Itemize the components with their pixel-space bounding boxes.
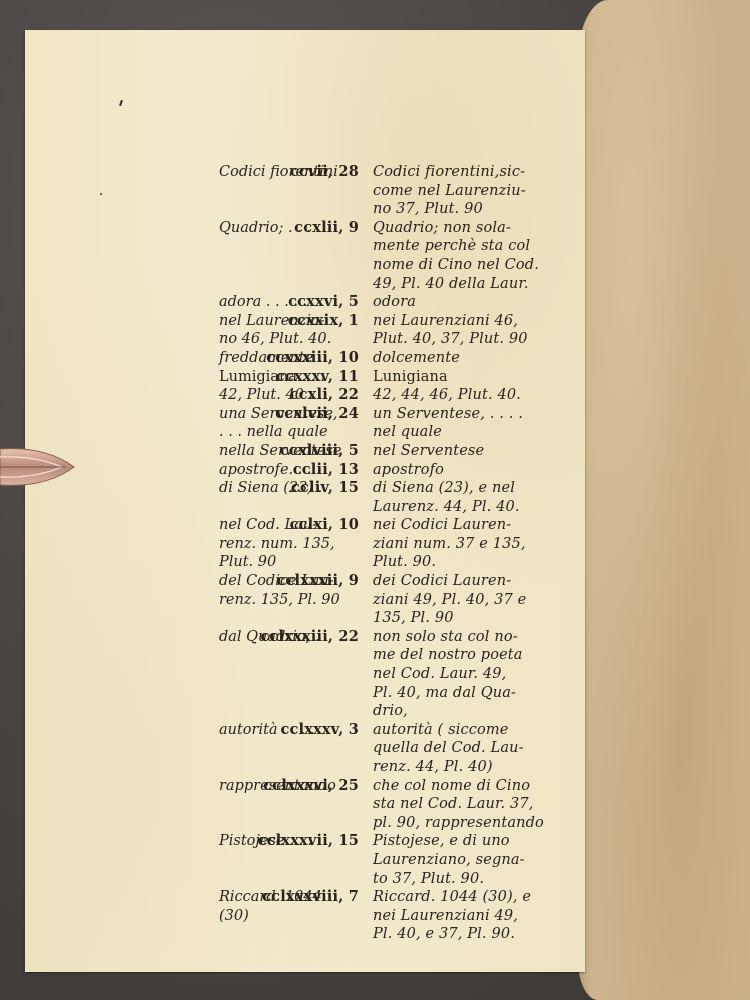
- errata-line: ccxxix, 1nel Laurenzia-nei Laurenziani 4…: [25, 312, 585, 331]
- errata-row: ccxlviii, 5nella Serventesenel Serventes…: [25, 442, 585, 461]
- errata-corrected-reading: nei Laurenziani 49,: [373, 907, 563, 926]
- errata-corrected-reading: ziani num. 37 e 135,: [373, 535, 563, 554]
- errata-corrected-reading: Laurenziano, segna-: [373, 851, 563, 870]
- errata-printed-reading: renz. 135, Pl. 90: [219, 591, 369, 610]
- errata-row: ccxxvi, 5adora . . . . .odora: [25, 293, 585, 312]
- errata-line: ccxxxiii, 10freddamente .dolcemente: [25, 349, 585, 368]
- errata-printed-reading: 42, Plut. 40 . .: [219, 386, 369, 405]
- errata-printed-reading: Plut. 90: [219, 553, 369, 572]
- errata-corrected-reading: mente perchè sta col: [373, 237, 563, 256]
- errata-corrected-reading: renz. 44, Pl. 40): [373, 758, 563, 777]
- errata-row: ccxxix, 1nel Laurenzia-nei Laurenziani 4…: [25, 312, 585, 349]
- errata-line: come nel Laurenziu-: [25, 182, 585, 201]
- errata-line: pl. 90, rappresentando: [25, 814, 585, 833]
- errata-line: 135, Pl. 90: [25, 609, 585, 628]
- errata-printed-reading: nella Serventese: [219, 442, 369, 461]
- errata-line: cclxxxvi, 25rappresentandoche col nome d…: [25, 777, 585, 796]
- errata-corrected-reading: Laurenz. 44, Pl. 40.: [373, 498, 563, 517]
- errata-corrected-reading: 42, 44, 46, Plut. 40.: [373, 386, 563, 405]
- errata-corrected-reading: 49, Pl. 40 della Laur.: [373, 275, 563, 294]
- errata-line: Pl. 40, ma dal Qua-: [25, 684, 585, 703]
- errata-line: nome di Cino nel Cod.: [25, 256, 585, 275]
- errata-corrected-reading: Plut. 90.: [373, 553, 563, 572]
- errata-corrected-reading: Quadrio; non sola-: [373, 219, 563, 238]
- errata-row: cclxxxvii, 15Pistojese . . . .Pistojese,…: [25, 832, 585, 888]
- errata-line: cclxxxiii, 22dal Quadrio, .non solo sta …: [25, 628, 585, 647]
- errata-printed-reading: no 46, Plut. 40.: [219, 330, 369, 349]
- errata-line: mente perchè sta col: [25, 237, 585, 256]
- errata-corrected-reading: pl. 90, rappresentando: [373, 814, 563, 833]
- errata-corrected-reading: ziani 49, Pl. 40, 37 e: [373, 591, 563, 610]
- errata-line: drio,: [25, 702, 585, 721]
- errata-line: ccxli, 2242, Plut. 40 . .42, 44, 46, Plu…: [25, 386, 585, 405]
- errata-line: ccxlvii, 24una Serventese,un Serventese,…: [25, 405, 585, 424]
- errata-corrected-reading: Pistojese, e di uno: [373, 832, 563, 851]
- errata-line: cclxxxii, 9del Codice Lau-dei Codici Lau…: [25, 572, 585, 591]
- errata-corrected-reading: nel Cod. Laur. 49,: [373, 665, 563, 684]
- errata-row: cclii, 13apostrofe. . . .apostrofo: [25, 461, 585, 480]
- errata-printed-reading: nel Laurenzia-: [219, 312, 369, 331]
- errata-row: cclxxxiii, 22dal Quadrio, .non solo sta …: [25, 628, 585, 721]
- errata-printed-reading: dal Quadrio, .: [219, 628, 369, 647]
- errata-row: ccxli, 2242, Plut. 40 . .42, 44, 46, Plu…: [25, 386, 585, 405]
- errata-line: ccxxxv, 11Lumigiana . . .Lunigiana: [25, 368, 585, 387]
- errata-line: Pl. 40, e 37, Pl. 90.: [25, 925, 585, 944]
- errata-line: quella del Cod. Lau-: [25, 739, 585, 758]
- errata-line: nel Cod. Laur. 49,: [25, 665, 585, 684]
- errata-printed-reading: renz. num. 135,: [219, 535, 369, 554]
- errata-row: ccxxxiii, 10freddamente .dolcemente: [25, 349, 585, 368]
- errata-printed-reading: Pistojese . . . .: [219, 832, 369, 851]
- errata-row: cclxxxv, 3autorità . . . .autorità ( sic…: [25, 721, 585, 777]
- errata-corrected-reading: che col nome di Cino: [373, 777, 563, 796]
- errata-printed-reading: nel Cod. Lau-: [219, 516, 369, 535]
- errata-corrected-reading: nel Serventese: [373, 442, 563, 461]
- ink-mark: [119, 100, 123, 106]
- errata-printed-reading: rappresentando: [219, 777, 369, 796]
- errata-corrected-reading: sta nel Cod. Laur. 37,: [373, 795, 563, 814]
- errata-corrected-reading: nome di Cino nel Cod.: [373, 256, 563, 275]
- errata-printed-reading: adora . . . . .: [219, 293, 369, 312]
- book-page: ccvii, 28Codici fiorentiniCodici fiorent…: [25, 30, 585, 972]
- errata-line: ccliv, 15di Siena (23) .di Siena (23), e…: [25, 479, 585, 498]
- errata-line: cclxxxviii, 7Riccard. 1044Riccard. 1044 …: [25, 888, 585, 907]
- errata-corrected-reading: dei Codici Lauren-: [373, 572, 563, 591]
- errata-corrected-reading: come nel Laurenziu-: [373, 182, 563, 201]
- errata-line: cclxxxvii, 15Pistojese . . . .Pistojese,…: [25, 832, 585, 851]
- errata-corrected-reading: no 37, Plut. 90: [373, 200, 563, 219]
- errata-line: 49, Pl. 40 della Laur.: [25, 275, 585, 294]
- errata-printed-reading: apostrofe. . . .: [219, 461, 369, 480]
- errata-line: renz. num. 135,ziani num. 37 e 135,: [25, 535, 585, 554]
- page-clip-icon: [0, 443, 78, 493]
- errata-printed-reading: del Codice Lau-: [219, 572, 369, 591]
- errata-line: me del nostro poeta: [25, 646, 585, 665]
- errata-corrected-reading: me del nostro poeta: [373, 646, 563, 665]
- errata-corrected-reading: Riccard. 1044 (30), e: [373, 888, 563, 907]
- errata-printed-reading: . . . nella quale: [219, 423, 369, 442]
- errata-line: Laurenziano, segna-: [25, 851, 585, 870]
- errata-line: cclxxxv, 3autorità . . . .autorità ( sic…: [25, 721, 585, 740]
- errata-corrected-reading: nel quale: [373, 423, 563, 442]
- errata-corrected-reading: di Siena (23), e nel: [373, 479, 563, 498]
- errata-row: ccxlii, 9Quadrio; . . .Quadrio; non sola…: [25, 219, 585, 293]
- errata-corrected-reading: odora: [373, 293, 563, 312]
- errata-line: sta nel Cod. Laur. 37,: [25, 795, 585, 814]
- errata-row: ccvii, 28Codici fiorentiniCodici fiorent…: [25, 163, 585, 219]
- errata-line: renz. 44, Pl. 40): [25, 758, 585, 777]
- errata-row: ccxlvii, 24una Serventese,un Serventese,…: [25, 405, 585, 442]
- errata-corrected-reading: Codici fiorentini,sic-: [373, 163, 563, 182]
- errata-corrected-reading: Plut. 40, 37, Plut. 90: [373, 330, 563, 349]
- errata-corrected-reading: un Serventese, . . . .: [373, 405, 563, 424]
- facing-page: [578, 0, 750, 1000]
- errata-line: renz. 135, Pl. 90ziani 49, Pl. 40, 37 e: [25, 591, 585, 610]
- errata-corrected-reading: apostrofo: [373, 461, 563, 480]
- errata-printed-reading: freddamente .: [219, 349, 369, 368]
- errata-row: ccxxxv, 11Lumigiana . . .Lunigiana: [25, 368, 585, 387]
- errata-row: cclxxxviii, 7Riccard. 1044Riccard. 1044 …: [25, 888, 585, 944]
- errata-row: cclxxxii, 9del Codice Lau-dei Codici Lau…: [25, 572, 585, 628]
- errata-printed-reading: Lumigiana . . .: [219, 368, 369, 387]
- errata-row: cclxxxvi, 25rappresentandoche col nome d…: [25, 777, 585, 833]
- errata-line: to 37, Plut. 90.: [25, 870, 585, 889]
- errata-row: cclxi, 10nel Cod. Lau-nei Codici Lauren-…: [25, 516, 585, 572]
- errata-printed-reading: Riccard. 1044: [219, 888, 369, 907]
- errata-corrected-reading: nei Codici Lauren-: [373, 516, 563, 535]
- errata-row: ccliv, 15di Siena (23) .di Siena (23), e…: [25, 479, 585, 516]
- errata-corrected-reading: quella del Cod. Lau-: [373, 739, 563, 758]
- errata-printed-reading: Codici fiorentini: [219, 163, 369, 182]
- errata-printed-reading: di Siena (23) .: [219, 479, 369, 498]
- errata-line: ccxxvi, 5adora . . . . .odora: [25, 293, 585, 312]
- errata-line: ccvii, 28Codici fiorentiniCodici fiorent…: [25, 163, 585, 182]
- errata-line: no 46, Plut. 40.Plut. 40, 37, Plut. 90: [25, 330, 585, 349]
- errata-line: cclii, 13apostrofe. . . .apostrofo: [25, 461, 585, 480]
- errata-corrected-reading: to 37, Plut. 90.: [373, 870, 563, 889]
- errata-corrected-reading: Pl. 40, ma dal Qua-: [373, 684, 563, 703]
- errata-line: . . . nella qualenel quale: [25, 423, 585, 442]
- errata-line: ccxlii, 9Quadrio; . . .Quadrio; non sola…: [25, 219, 585, 238]
- errata-line: ccxlviii, 5nella Serventesenel Serventes…: [25, 442, 585, 461]
- errata-printed-reading: una Serventese,: [219, 405, 369, 424]
- errata-line: (30)nei Laurenziani 49,: [25, 907, 585, 926]
- errata-printed-reading: autorità . . . .: [219, 721, 369, 740]
- errata-printed-reading: Quadrio; . . .: [219, 219, 369, 238]
- errata-corrected-reading: Lunigiana: [373, 368, 563, 387]
- errata-table: ccvii, 28Codici fiorentiniCodici fiorent…: [25, 163, 585, 944]
- errata-line: Plut. 90Plut. 90.: [25, 553, 585, 572]
- errata-printed-reading: (30): [219, 907, 369, 926]
- errata-line: Laurenz. 44, Pl. 40.: [25, 498, 585, 517]
- errata-corrected-reading: dolcemente: [373, 349, 563, 368]
- errata-corrected-reading: drio,: [373, 702, 563, 721]
- errata-line: no 37, Plut. 90: [25, 200, 585, 219]
- errata-corrected-reading: nei Laurenziani 46,: [373, 312, 563, 331]
- errata-corrected-reading: 135, Pl. 90: [373, 609, 563, 628]
- errata-corrected-reading: non solo sta col no-: [373, 628, 563, 647]
- errata-line: cclxi, 10nel Cod. Lau-nei Codici Lauren-: [25, 516, 585, 535]
- errata-corrected-reading: Pl. 40, e 37, Pl. 90.: [373, 925, 563, 944]
- errata-corrected-reading: autorità ( siccome: [373, 721, 563, 740]
